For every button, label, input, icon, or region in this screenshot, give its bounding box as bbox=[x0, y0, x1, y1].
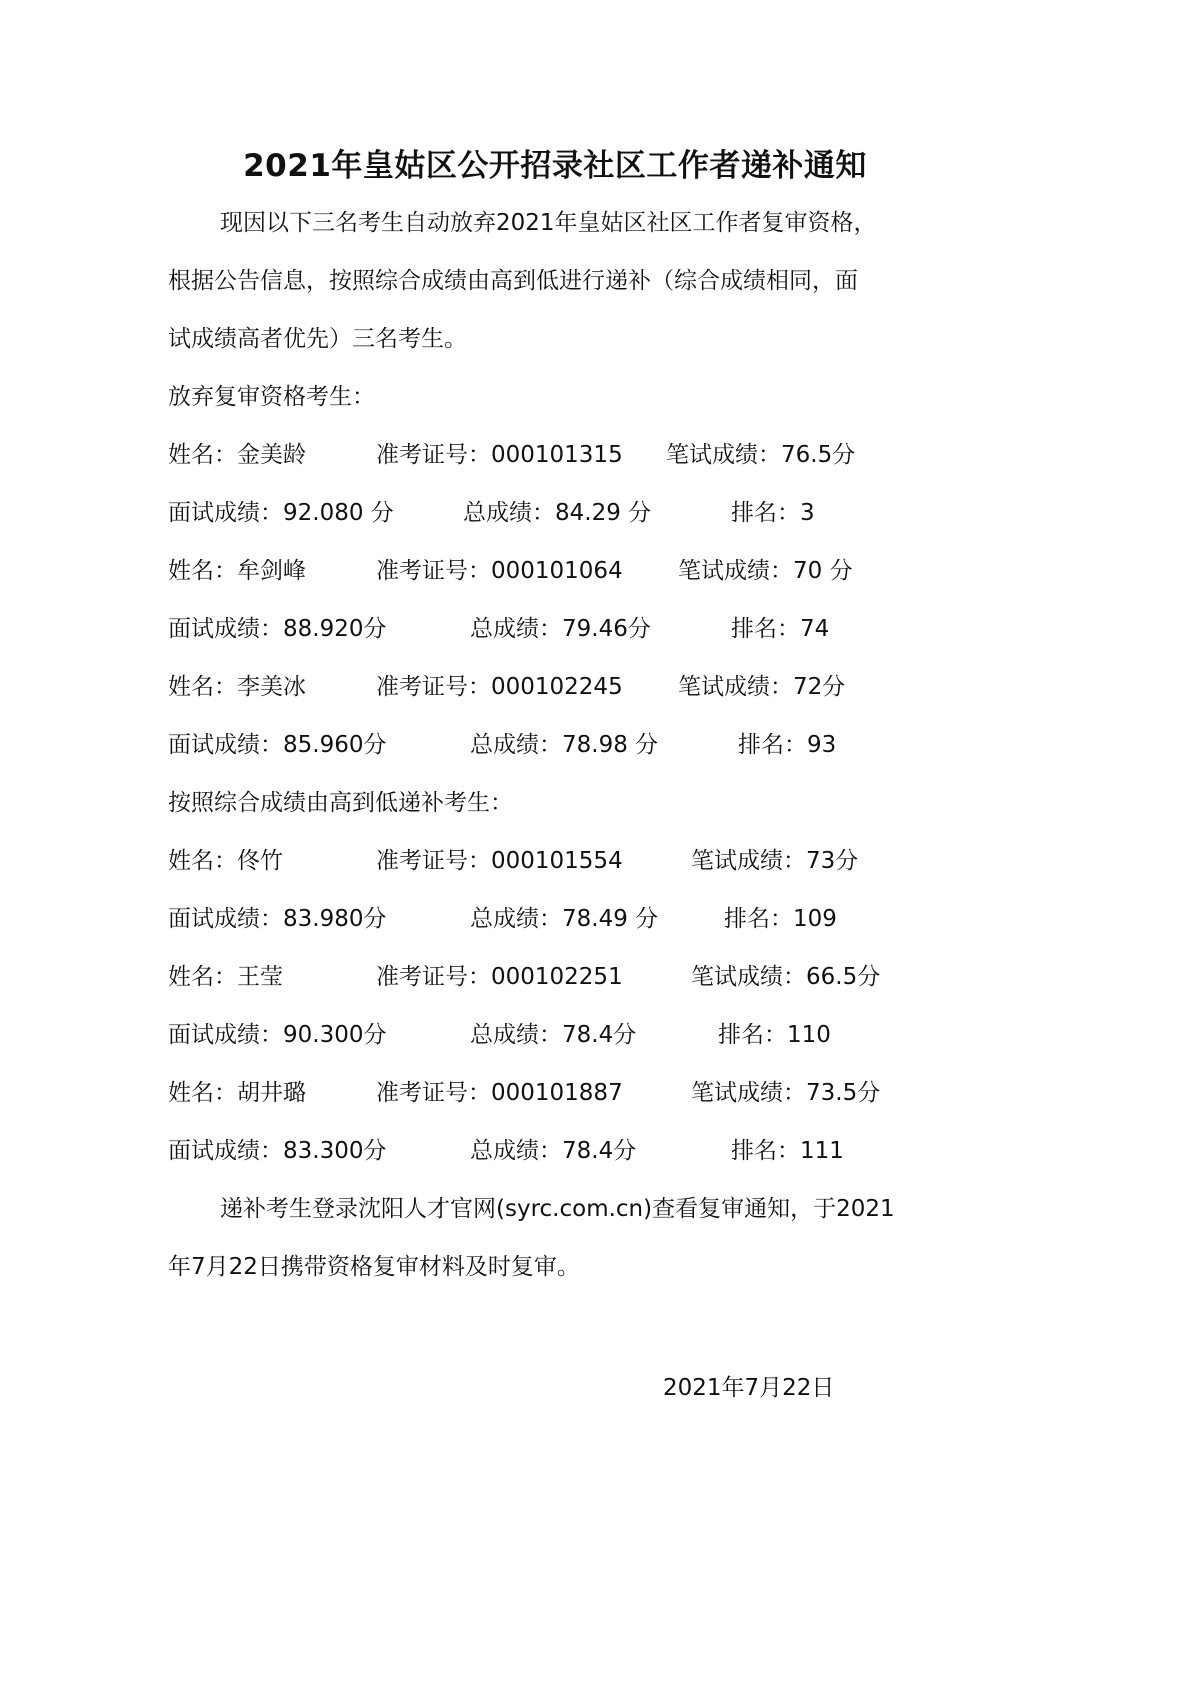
candidate-name: 姓名：李美冰 bbox=[168, 672, 306, 702]
candidate-total-score: 总成绩：78.49 分 bbox=[470, 904, 658, 934]
candidate-written-score: 笔试成绩：76.5分 bbox=[666, 440, 855, 470]
candidate-name: 姓名：佟竹 bbox=[168, 846, 283, 876]
candidate-name: 姓名：胡井璐 bbox=[168, 1078, 306, 1108]
candidate-total-score: 总成绩：78.4分 bbox=[470, 1020, 636, 1050]
document-date: 2021年7月22日 bbox=[663, 1369, 834, 1402]
candidate-total-score: 总成绩：79.46分 bbox=[470, 614, 651, 644]
candidate-name: 姓名：王莹 bbox=[168, 962, 283, 992]
closing-line-2: 年7月22日携带资格复审材料及时复审。 bbox=[168, 1252, 580, 1282]
candidate-rank: 排名：109 bbox=[724, 904, 837, 934]
candidate-interview-score: 面试成绩：85.960分 bbox=[168, 730, 386, 760]
candidate-id: 准考证号：000102251 bbox=[376, 962, 623, 992]
candidate-rank: 排名：111 bbox=[731, 1136, 844, 1166]
candidate-total-score: 总成绩：84.29 分 bbox=[463, 498, 651, 528]
candidate-name: 姓名：牟剑峰 bbox=[168, 556, 306, 586]
candidate-interview-score: 面试成绩：83.980分 bbox=[168, 904, 386, 934]
candidate-interview-score: 面试成绩：83.300分 bbox=[168, 1136, 386, 1166]
candidate-id: 准考证号：000101064 bbox=[376, 556, 623, 586]
candidate-total-score: 总成绩：78.4分 bbox=[470, 1136, 636, 1166]
candidate-rank: 排名：110 bbox=[718, 1020, 831, 1050]
candidate-total-score: 总成绩：78.98 分 bbox=[470, 730, 658, 760]
document-title: 2021年皇姑区公开招录社区工作者递补通知 bbox=[0, 140, 1110, 185]
closing-line-1: 递补考生登录沈阳人才官网(syrc.com.cn)查看复审通知，于2021 bbox=[220, 1194, 895, 1224]
candidate-interview-score: 面试成绩：88.920分 bbox=[168, 614, 386, 644]
candidate-id: 准考证号：000102245 bbox=[376, 672, 623, 702]
document-page: 2021年皇姑区公开招录社区工作者递补通知 现因以下三名考生自动放弃2021年皇… bbox=[0, 0, 1199, 1696]
candidate-rank: 排名：74 bbox=[731, 614, 829, 644]
intro-line-2: 根据公告信息，按照综合成绩由高到低进行递补（综合成绩相同，面 bbox=[168, 266, 858, 296]
replacement-heading: 按照综合成绩由高到低递补考生： bbox=[168, 788, 513, 818]
intro-line-3: 试成绩高者优先）三名考生。 bbox=[168, 324, 467, 354]
candidate-id: 准考证号：000101887 bbox=[376, 1078, 623, 1108]
withdrawn-heading: 放弃复审资格考生： bbox=[168, 382, 375, 412]
candidate-written-score: 笔试成绩：70 分 bbox=[678, 556, 853, 586]
candidate-interview-score: 面试成绩：92.080 分 bbox=[168, 498, 394, 528]
candidate-written-score: 笔试成绩：66.5分 bbox=[691, 962, 880, 992]
intro-line-1: 现因以下三名考生自动放弃2021年皇姑区社区工作者复审资格， bbox=[220, 208, 877, 238]
candidate-written-score: 笔试成绩：73.5分 bbox=[691, 1078, 880, 1108]
candidate-rank: 排名：93 bbox=[738, 730, 836, 760]
candidate-written-score: 笔试成绩：72分 bbox=[678, 672, 845, 702]
candidate-written-score: 笔试成绩：73分 bbox=[691, 846, 858, 876]
candidate-rank: 排名：3 bbox=[731, 498, 815, 528]
candidate-id: 准考证号：000101554 bbox=[376, 846, 623, 876]
candidate-id: 准考证号：000101315 bbox=[376, 440, 623, 470]
candidate-interview-score: 面试成绩：90.300分 bbox=[168, 1020, 386, 1050]
candidate-name: 姓名：金美龄 bbox=[168, 440, 306, 470]
